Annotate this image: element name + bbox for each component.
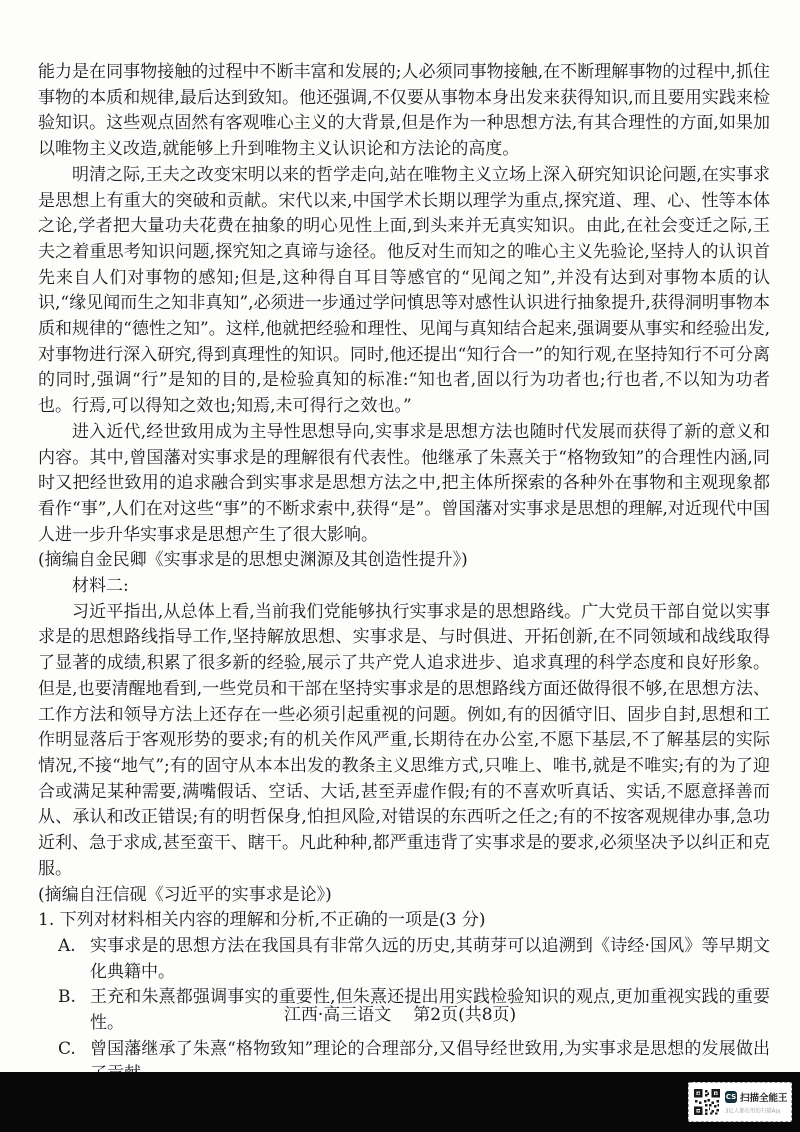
paragraph: 进入近代,经世致用成为主导性思想导向,实事求是思想方法也随时代发展而获得了新的意… (38, 420, 770, 549)
option-a-label: A. (38, 934, 90, 985)
scan-bottom-bar: CS 扫描全能王 3亿人都在用的扫描App (0, 1072, 800, 1132)
watermark-text-block: CS 扫描全能王 3亿人都在用的扫描App (725, 1090, 786, 1115)
watermark-tagline: 3亿人都在用的扫描App (725, 1106, 780, 1114)
qr-code-icon (694, 1089, 720, 1115)
exam-text-content: 能力是在同事物接触的过程中不断丰富和发展的;人必须同事物接触,在不断理解事物的过… (38, 60, 770, 1132)
footer-exam-name: 江西·高三语文 (284, 1005, 391, 1025)
question-stem-text: 下列对材料相关内容的理解和分析,不正确的一项是(3 分) (60, 910, 486, 930)
paragraph-continued: 能力是在同事物接触的过程中不断丰富和发展的;人必须同事物接触,在不断理解事物的过… (38, 60, 770, 163)
question-number: 1. (38, 910, 54, 930)
option-a: A. 实事求是的思想方法在我国具有非常久远的历史,其萌芽可以追溯到《诗经·国风》… (38, 934, 770, 985)
material2-heading: 材料二: (38, 574, 770, 600)
camscanner-logo-icon: CS (725, 1091, 737, 1103)
camscanner-watermark: CS 扫描全能王 3亿人都在用的扫描App (688, 1082, 792, 1122)
footer-page-number: 第2页(共8页) (413, 1005, 516, 1025)
source-attribution-material2: (摘编自汪信砚《习近平的实事求是论》) (38, 883, 770, 909)
watermark-brand-row: CS 扫描全能王 (725, 1090, 786, 1104)
question-1-stem: 1. 下列对材料相关内容的理解和分析,不正确的一项是(3 分) (38, 908, 770, 934)
option-a-text: 实事求是的思想方法在我国具有非常久远的历史,其萌芽可以追溯到《诗经·国风》等早期… (90, 934, 770, 985)
scanned-exam-page: 能力是在同事物接触的过程中不断丰富和发展的;人必须同事物接触,在不断理解事物的过… (0, 0, 800, 1072)
source-attribution-material1: (摘编自金民卿《实事求是的思想史渊源及其创造性提升》) (38, 548, 770, 574)
page-footer: 江西·高三语文第2页(共8页) (0, 1002, 800, 1028)
paragraph: 明清之际,王夫之改变宋明以来的哲学走向,站在唯物主义立场上深入研究知识论问题,在… (38, 163, 770, 420)
watermark-app-name: 扫描全能王 (740, 1090, 788, 1104)
paragraph: 习近平指出,从总体上看,当前我们党能够执行实事求是的思想路线。广大党员干部自觉以… (38, 600, 770, 883)
